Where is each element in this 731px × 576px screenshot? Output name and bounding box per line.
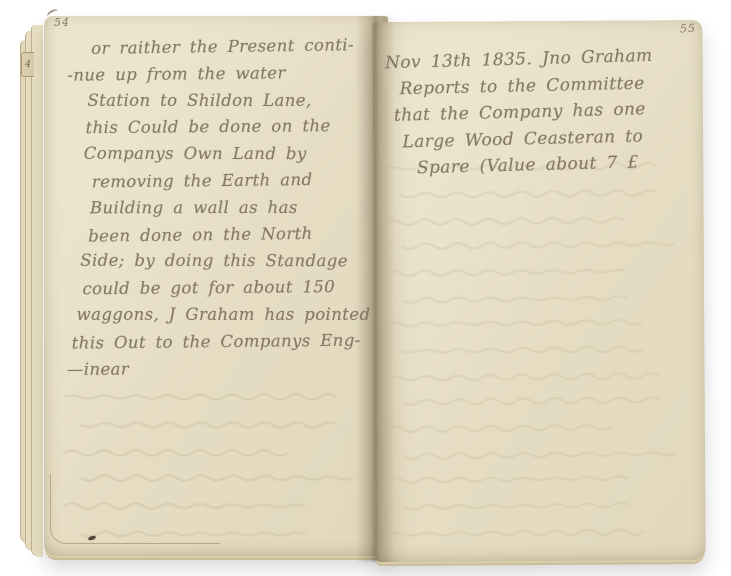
manuscript-line: Side; by doing this Standage — [66, 248, 382, 275]
manuscript-line: been done on the North — [66, 220, 382, 251]
manuscript-line: could be got for about 150 — [66, 274, 382, 304]
manuscript-line: Building a wall as has — [66, 195, 382, 222]
page-edge-tab: 4 — [21, 52, 34, 77]
photo-backdrop: 4 54 55 or raither the Present conti- -n… — [0, 0, 731, 576]
right-page-text: Nov 13th 1835. Jno Graham Reports to the… — [385, 43, 693, 181]
manuscript-line: this Out to the Companys Eng- — [67, 327, 383, 357]
manuscript-line: -nue up from the water — [65, 59, 381, 89]
manuscript-line: Station to Shildon Lane, — [65, 88, 381, 115]
manuscript-line: waggons, J Graham has pointed — [67, 302, 383, 329]
manuscript-line: Companys Own Land by — [66, 141, 382, 168]
manuscript-line: or raither the Present conti- — [65, 32, 381, 63]
manuscript-line: —inear — [67, 355, 383, 383]
page-number-right: 55 — [680, 21, 697, 35]
manuscript-book: 4 54 55 or raither the Present conti- -n… — [20, 8, 712, 566]
page-number-left: 54 — [54, 16, 70, 29]
left-page-text: or raither the Present conti- -nue up fr… — [65, 33, 383, 383]
manuscript-line: removing the Earth and — [66, 166, 382, 196]
manuscript-line: this Could be done on the — [65, 113, 381, 143]
page-edge-strip — [31, 25, 43, 557]
